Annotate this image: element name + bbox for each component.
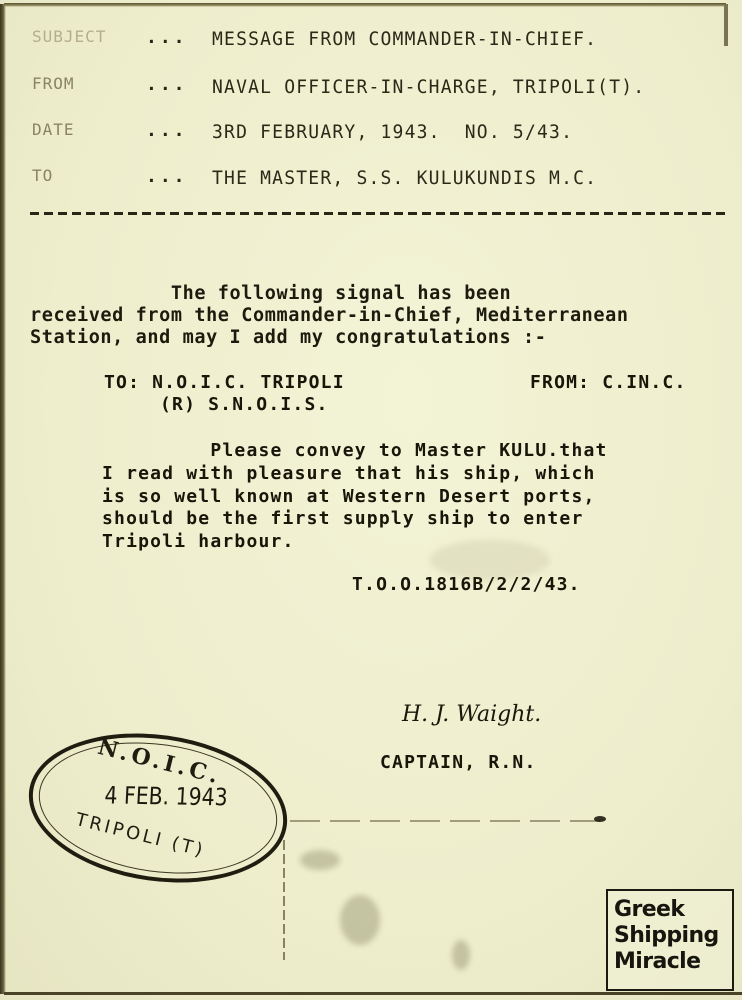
noic-date-stamp: N.O.I.C. 4 FEB. 1943 TRIPOLI (T) [19,718,297,899]
signal-message-line: should be the first supply ship to enter [102,508,583,531]
signal-message-line: Tripoli harbour. [102,531,295,554]
document-page: SUBJECT ... MESSAGE FROM COMMANDER-IN-CH… [0,0,742,1000]
to-label: TO [32,166,53,185]
signal-message-line: Please convey to Master KULU.that [102,440,608,463]
intro-line: received from the Commander-in-Chief, Me… [30,305,629,327]
subject-label: SUBJECT [32,27,106,46]
signal-message-line: is so well known at Western Desert ports… [102,486,596,509]
date-label: DATE [32,120,75,139]
signal-to: TO: N.O.I.C. TRIPOLI [104,372,345,395]
date-separator: ... [146,120,188,141]
signal-repeat: (R) S.N.O.I.S. [160,394,329,417]
to-separator: ... [146,166,188,187]
ink-smudge [300,850,340,870]
page-edge-top [4,3,726,7]
page-edge-right [724,4,728,46]
logo-line: Miracle [614,949,732,975]
dashed-divider [30,212,730,215]
greek-shipping-miracle-logo: Greek Shipping Miracle [606,889,734,991]
subject-separator: ... [146,27,188,48]
signatory-title: CAPTAIN, R.N. [380,752,536,775]
page-edge-left [0,4,6,994]
date-value: 3RD FEBRUARY, 1943. NO. 5/43. [212,121,573,143]
ink-smudge [340,895,380,945]
handwritten-signature: H. J. Waight. [402,702,541,727]
intro-line: Station, and may I add my congratulation… [30,327,546,349]
logo-line: Shipping [614,923,732,949]
ink-smudge [452,940,470,970]
from-label: FROM [32,74,75,93]
paper-stain [430,540,550,580]
to-value: THE MASTER, S.S. KULUKUNDIS M.C. [212,167,597,189]
faint-fold-line [283,840,285,960]
from-value: NAVAL OFFICER-IN-CHARGE, TRIPOLI(T). [212,76,645,98]
signal-message-line: I read with pleasure that his ship, whic… [102,463,596,486]
page-edge-bottom [4,992,742,995]
intro-line: The following signal has been [30,283,511,305]
from-separator: ... [146,74,188,95]
subject-value: MESSAGE FROM COMMANDER-IN-CHIEF. [212,28,597,50]
stamp-date: 4 FEB. 1943 [104,781,229,811]
faint-horizontal-mark [290,820,610,822]
ink-dot [594,816,606,822]
signal-from: FROM: C.IN.C. [530,372,686,395]
logo-line: Greek [614,897,732,923]
